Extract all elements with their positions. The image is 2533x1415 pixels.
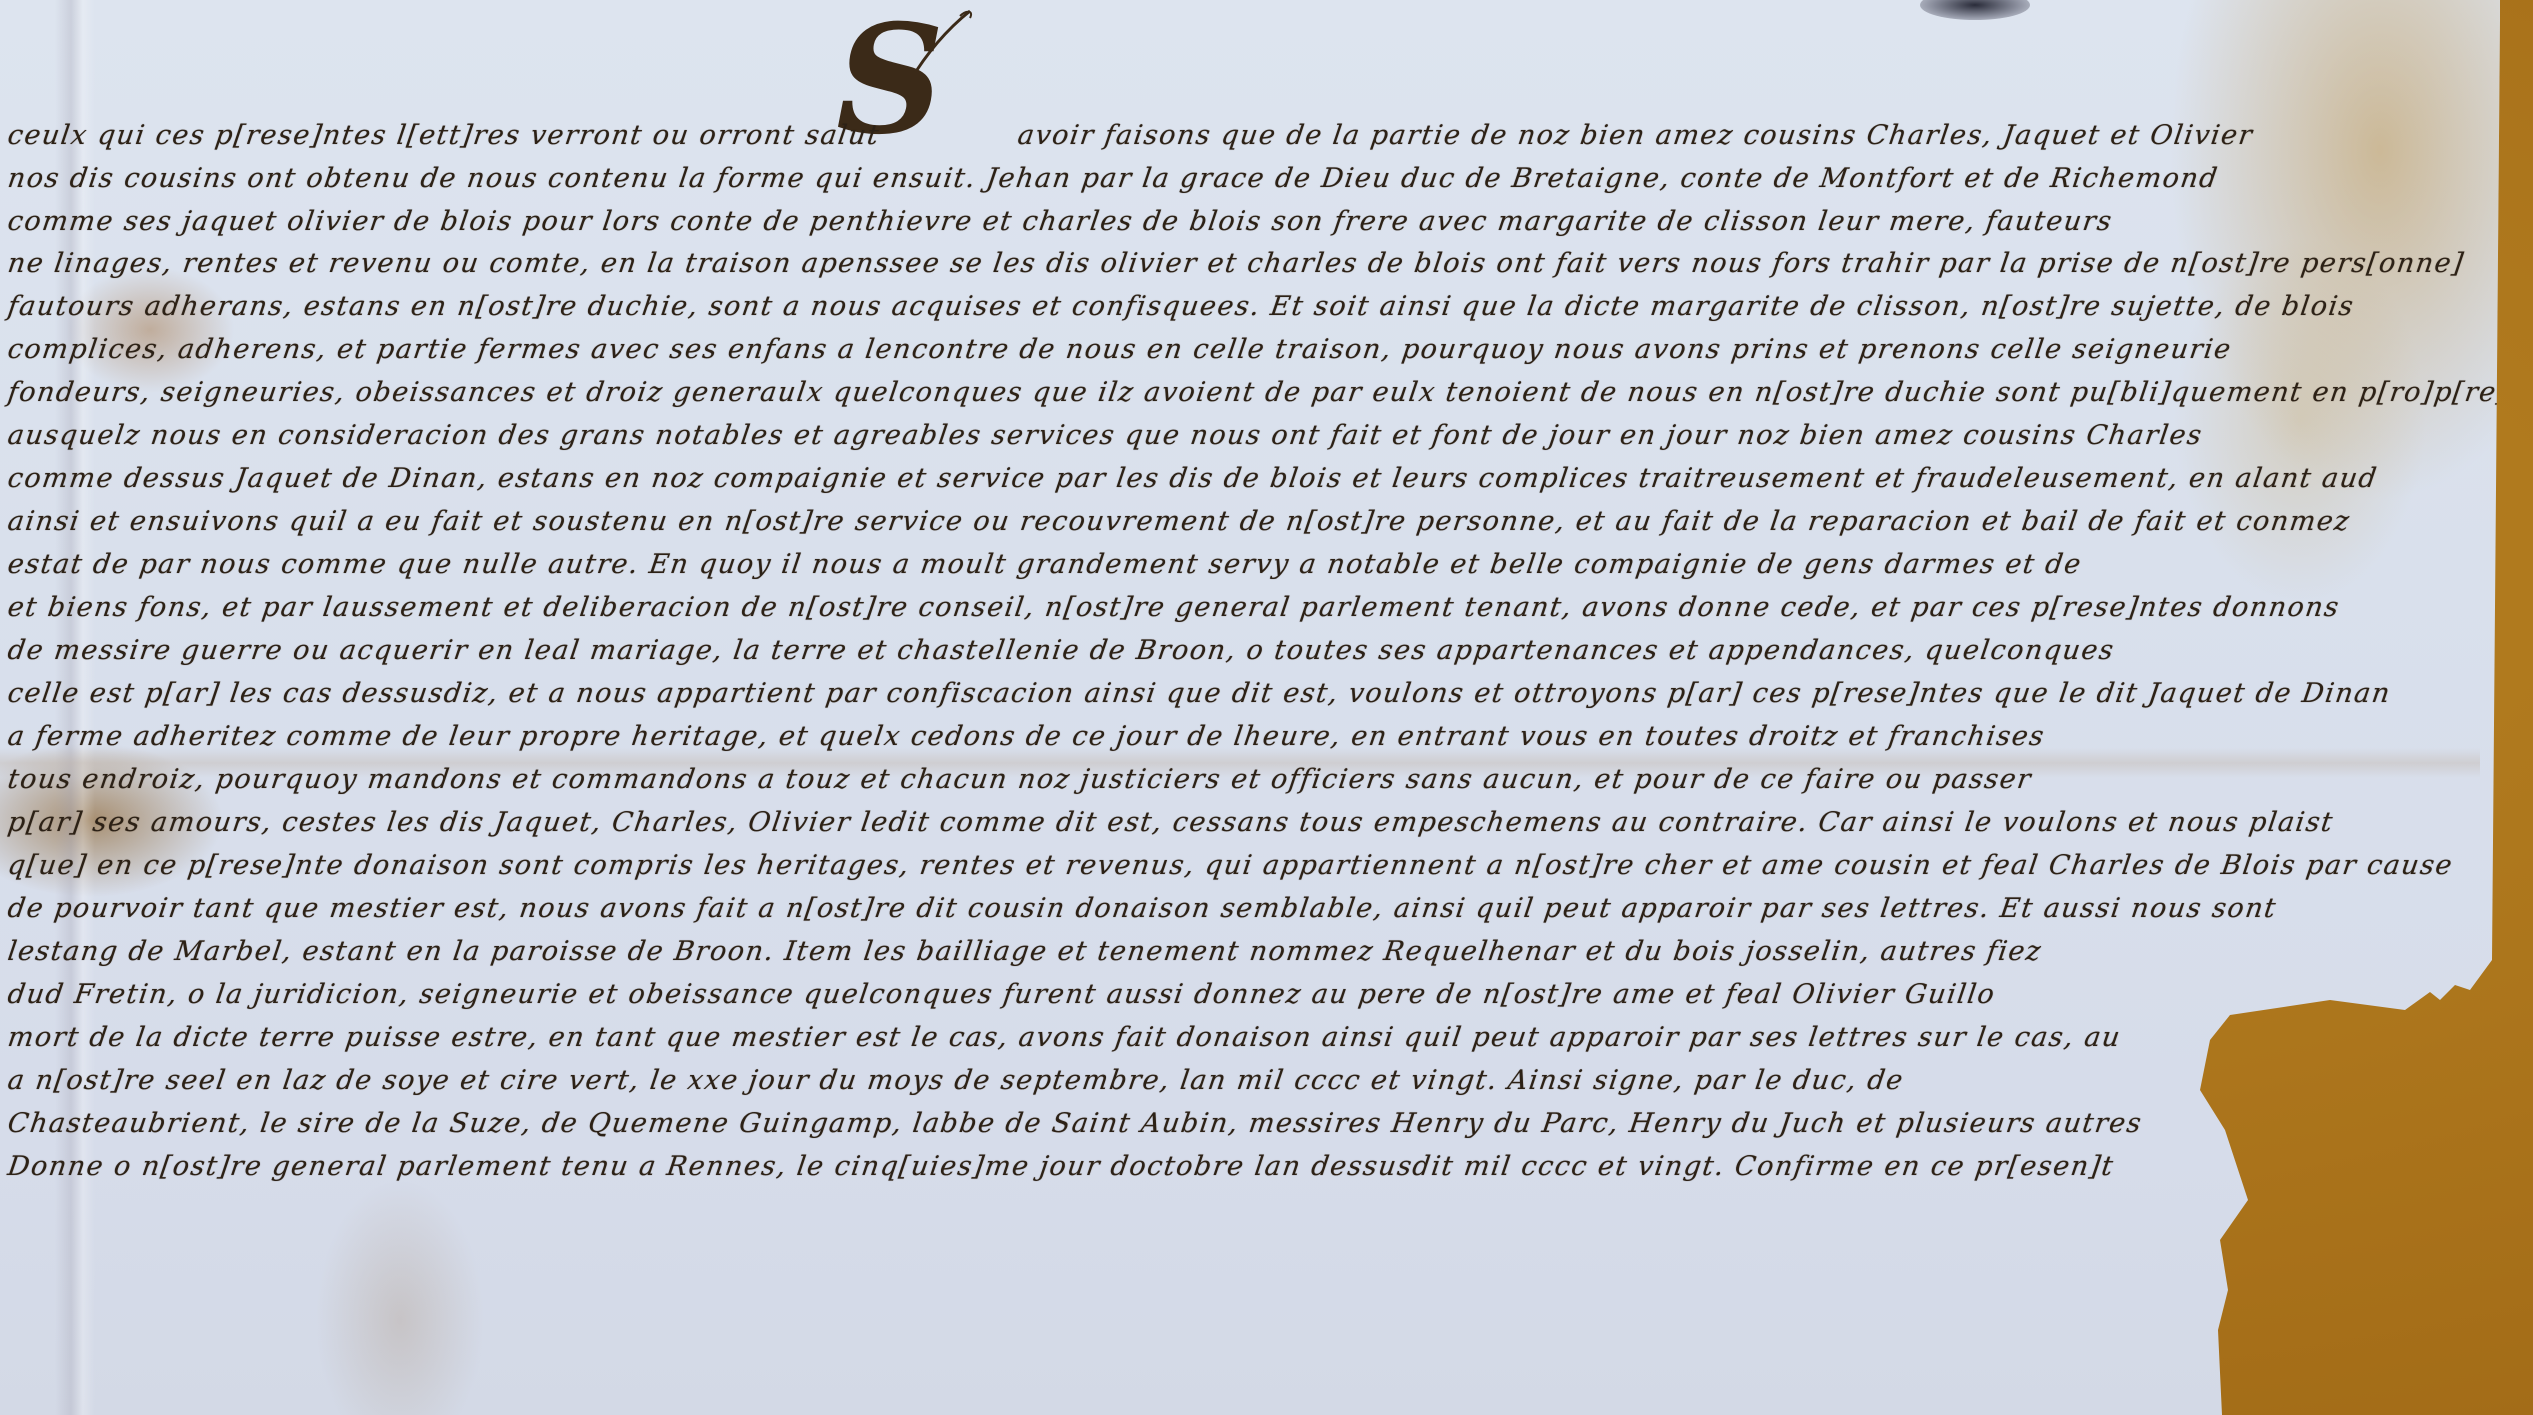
charter-text-line: de pourvoir tant que mestier est, nous a… xyxy=(6,893,2279,924)
charter-text-line: comme dessus Jaquet de Dinan, estans en … xyxy=(6,463,2380,494)
charter-text-line: comme ses jaquet olivier de blois pour l… xyxy=(6,206,2115,237)
charter-text-line: Donne o n[ost]re general parlement tenu … xyxy=(6,1151,2116,1182)
charter-text-line: fondeurs, seigneuries, obeissances et dr… xyxy=(6,377,2511,408)
charter-text-line: et biens fons, et par laussement et deli… xyxy=(6,592,2342,623)
charter-text-line: celle est p[ar] les cas dessusdiz, et a … xyxy=(6,678,2393,709)
charter-text-body: ceulx qui ces p[rese]ntes l[ett]res verr… xyxy=(0,0,2510,1415)
charter-text-line: ainsi et ensuivons quil a eu fait et sou… xyxy=(6,506,2353,537)
charter-text-line: a n[ost]re seel en laz de soye et cire v… xyxy=(6,1065,1906,1096)
charter-text-line: a ferme adheritez comme de leur propre h… xyxy=(6,721,2047,752)
charter-parchment: S ceulx qui ces p[rese]ntes l[ett]res ve… xyxy=(0,0,2510,1415)
charter-text-line: nos dis cousins ont obtenu de nous conte… xyxy=(6,163,2221,194)
charter-text-line: p[ar] ses amours, cestes les dis Jaquet,… xyxy=(6,807,2336,838)
charter-text-line: ceulx qui ces p[rese]ntes l[ett]res verr… xyxy=(6,120,882,151)
charter-text-line: dud Fretin, o la juridicion, seigneurie … xyxy=(6,979,1998,1010)
charter-text-line: lestang de Marbel, estant en la paroisse… xyxy=(6,936,2044,967)
charter-text-line: de messire guerre ou acquerir en leal ma… xyxy=(6,635,2117,666)
charter-text-line: mort de la dicte terre puisse estre, en … xyxy=(6,1022,2123,1053)
charter-text-line: fautours adherans, estans en n[ost]re du… xyxy=(6,291,2356,322)
charter-text-line: estat de par nous comme que nulle autre.… xyxy=(6,549,2084,580)
charter-text-line: complices, adherens, et partie fermes av… xyxy=(6,334,2234,365)
charter-text-line: ne linages, rentes et revenu ou comte, e… xyxy=(6,248,2467,279)
charter-text-line: ausquelz nous en consideracion des grans… xyxy=(6,420,2205,451)
charter-text-line: q[ue] en ce p[rese]nte donaison sont com… xyxy=(6,850,2455,881)
charter-text-line: tous endroiz, pourquoy mandons et comman… xyxy=(6,764,2034,795)
charter-text-line: avoir faisons que de la partie de noz bi… xyxy=(1016,120,2256,151)
charter-text-line: Chasteaubrient, le sire de la Suze, de Q… xyxy=(6,1108,2144,1139)
